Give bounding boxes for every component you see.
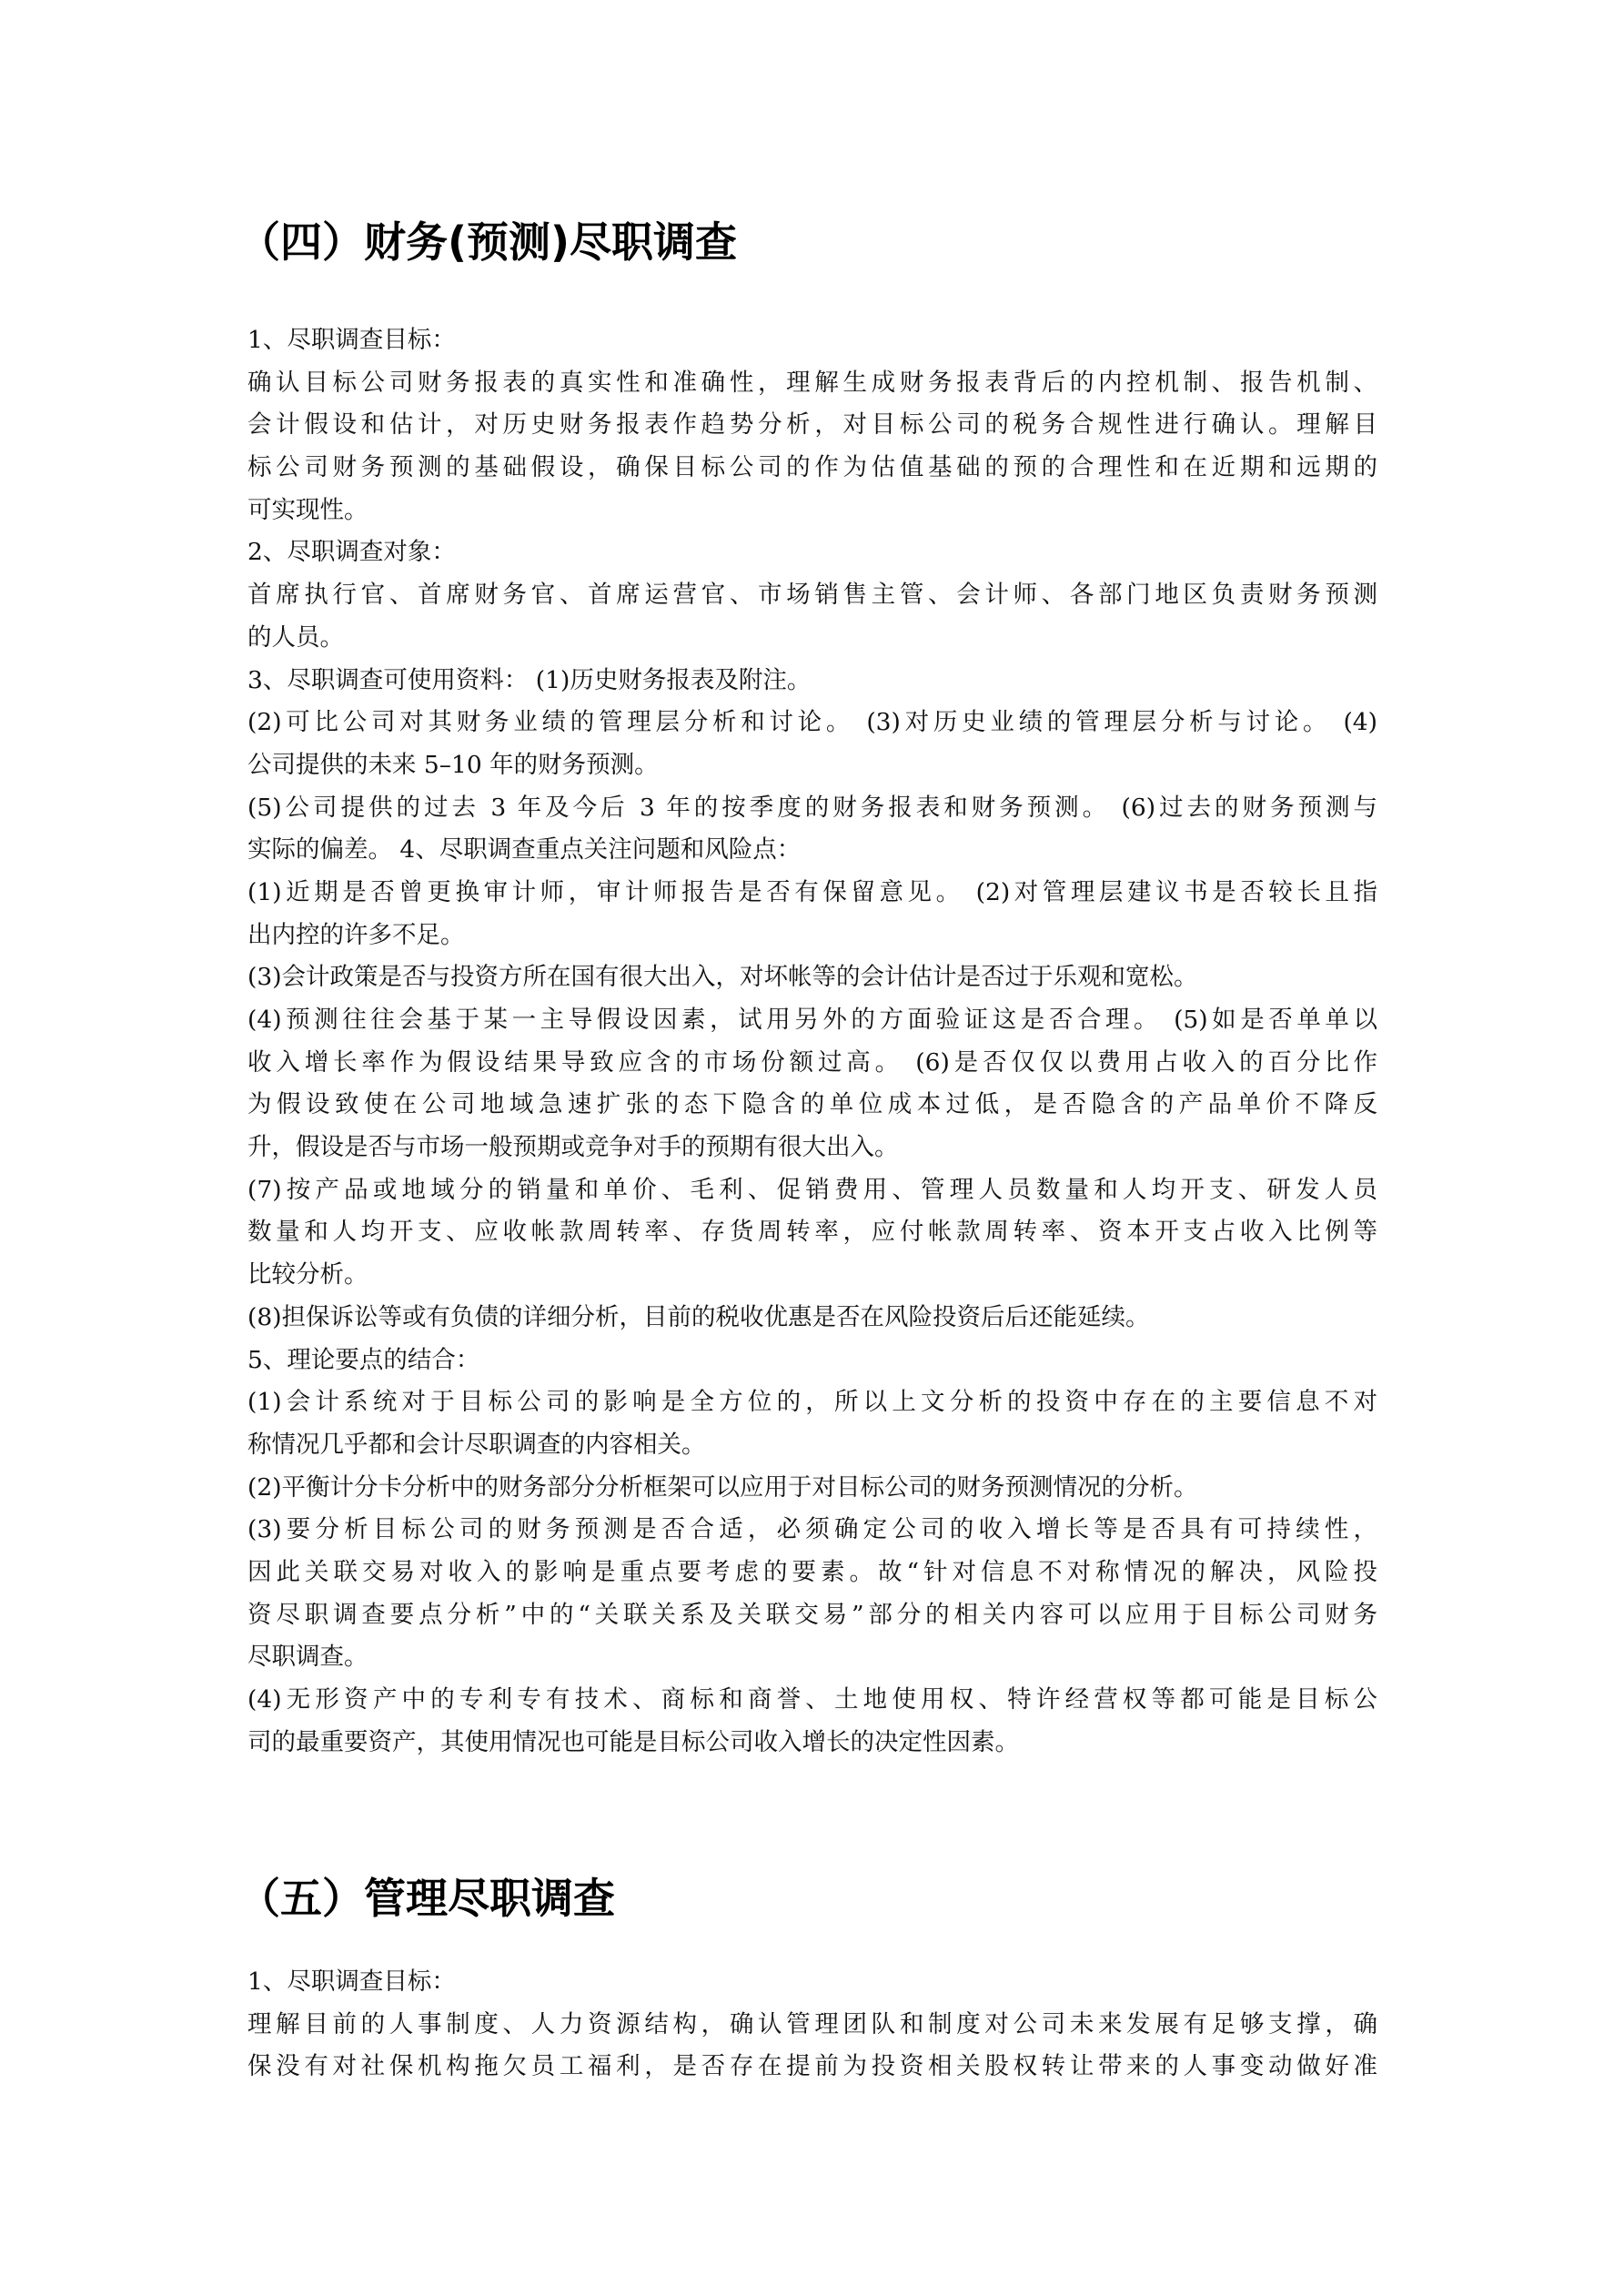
paragraph-line: (4)无形资产中的专利专有技术、商标和商誉、土地使用权、特许经营权等都可能是目标… bbox=[247, 1679, 1377, 1722]
paragraph-line: 2、尽职调查对象： bbox=[247, 531, 1377, 574]
paragraph-line: 出内控的许多不足。 bbox=[247, 915, 1377, 957]
paragraph-line: 标公司财务预测的基础假设，确保目标公司的作为估值基础的预的合理性和在近期和远期的 bbox=[247, 447, 1377, 490]
paragraph-line: (5)公司提供的过去 3 年及今后 3 年的按季度的财务报表和财务预测。 (6)… bbox=[247, 787, 1377, 830]
paragraph-line: 尽职调查。 bbox=[247, 1636, 1377, 1679]
paragraph-line: 收入增长率作为假设结果导致应含的市场份额过高。 (6)是否仅仅以费用占收入的百分… bbox=[247, 1042, 1377, 1085]
paragraph-line: 公司提供的未来 5–10 年的财务预测。 bbox=[247, 744, 1377, 787]
paragraph-line: 确认目标公司财务报表的真实性和准确性，理解生成财务报表背后的内控机制、报告机制、 bbox=[247, 362, 1377, 405]
paragraph-line: 5、理论要点的结合： bbox=[247, 1340, 1377, 1382]
paragraph-line: 称情况几乎都和会计尽职调查的内容相关。 bbox=[247, 1424, 1377, 1467]
paragraph-line: 实际的偏差。 4、尽职调查重点关注问题和风险点： bbox=[247, 829, 1377, 872]
paragraph-line: 升，假设是否与市场一般预期或竞争对手的预期有很大出入。 bbox=[247, 1127, 1377, 1169]
paragraph-line: 理解目前的人事制度、人力资源结构，确认管理团队和制度对公司未来发展有足够支撑，确 bbox=[247, 2004, 1377, 2047]
paragraph-line: 的人员。 bbox=[247, 617, 1377, 660]
paragraph-line: 首席执行官、首席财务官、首席运营官、市场销售主管、会计师、各部门地区负责财务预测 bbox=[247, 574, 1377, 617]
paragraph-line: (2)可比公司对其财务业绩的管理层分析和讨论。 (3)对历史业绩的管理层分析与讨… bbox=[247, 702, 1377, 744]
paragraph-line: (8)担保诉讼等或有负债的详细分析，目前的税收优惠是否在风险投资后后还能延续。 bbox=[247, 1297, 1377, 1340]
paragraph-line: 3、尽职调查可使用资料： (1)历史财务报表及附注。 bbox=[247, 660, 1377, 703]
paragraph-line: 为假设致使在公司地域急速扩张的态下隐含的单位成本过低，是否隐含的产品单价不降反 bbox=[247, 1084, 1377, 1127]
paragraph-line: 数量和人均开支、应收帐款周转率、存货周转率，应付帐款周转率、资本开支占收入比例等 bbox=[247, 1211, 1377, 1254]
paragraph-line: 会计假设和估计，对历史财务报表作趋势分析，对目标公司的税务合规性进行确认。理解目 bbox=[247, 404, 1377, 447]
paragraph-line: 1、尽职调查目标： bbox=[247, 1961, 1377, 2004]
paragraph-line: 保没有对社保机构拖欠员工福利，是否存在提前为投资相关股权转让带来的人事变动做好准 bbox=[247, 2046, 1377, 2089]
paragraph-line: 司的最重要资产，其使用情况也可能是目标公司收入增长的决定性因素。 bbox=[247, 1722, 1377, 1765]
paragraph-line: 资尽职调查要点分析”中的“关联关系及关联交易”部分的相关内容可以应用于目标公司财… bbox=[247, 1594, 1377, 1637]
document-page: （四）财务(预测)尽职调查 1、尽职调查目标： 确认目标公司财务报表的真实性和准… bbox=[0, 0, 1624, 2296]
paragraph-line: (1)近期是否曾更换审计师，审计师报告是否有保留意见。 (2)对管理层建议书是否… bbox=[247, 872, 1377, 915]
section-heading-management: （五）管理尽职调查 bbox=[238, 1871, 615, 1926]
paragraph-line: (4)预测往往会基于某一主导假设因素，试用另外的方面验证这是否合理。 (5)如是… bbox=[247, 999, 1377, 1042]
paragraph-line: (3)会计政策是否与投资方所在国有很大出入，对坏帐等的会计估计是否过于乐观和宽松… bbox=[247, 956, 1377, 999]
section-body-management: 1、尽职调查目标： 理解目前的人事制度、人力资源结构，确认管理团队和制度对公司未… bbox=[247, 1961, 1377, 2089]
paragraph-line: (1)会计系统对于目标公司的影响是全方位的，所以上文分析的投资中存在的主要信息不… bbox=[247, 1381, 1377, 1424]
paragraph-line: (2)平衡计分卡分析中的财务部分分析框架可以应用于对目标公司的财务预测情况的分析… bbox=[247, 1467, 1377, 1510]
paragraph-line: (3)要分析目标公司的财务预测是否合适，必须确定公司的收入增长等是否具有可持续性… bbox=[247, 1509, 1377, 1552]
paragraph-line: 比较分析。 bbox=[247, 1254, 1377, 1297]
paragraph-line: 可实现性。 bbox=[247, 490, 1377, 532]
paragraph-line: (7)按产品或地域分的销量和单价、毛利、促销费用、管理人员数量和人均开支、研发人… bbox=[247, 1169, 1377, 1212]
section-body-financial-forecast: 1、尽职调查目标： 确认目标公司财务报表的真实性和准确性，理解生成财务报表背后的… bbox=[247, 319, 1377, 1764]
paragraph-line: 1、尽职调查目标： bbox=[247, 319, 1377, 362]
section-heading-financial-forecast: （四）财务(预测)尽职调查 bbox=[238, 215, 737, 269]
paragraph-line: 因此关联交易对收入的影响是重点要考虑的要素。故“针对信息不对称情况的解决，风险投 bbox=[247, 1552, 1377, 1594]
